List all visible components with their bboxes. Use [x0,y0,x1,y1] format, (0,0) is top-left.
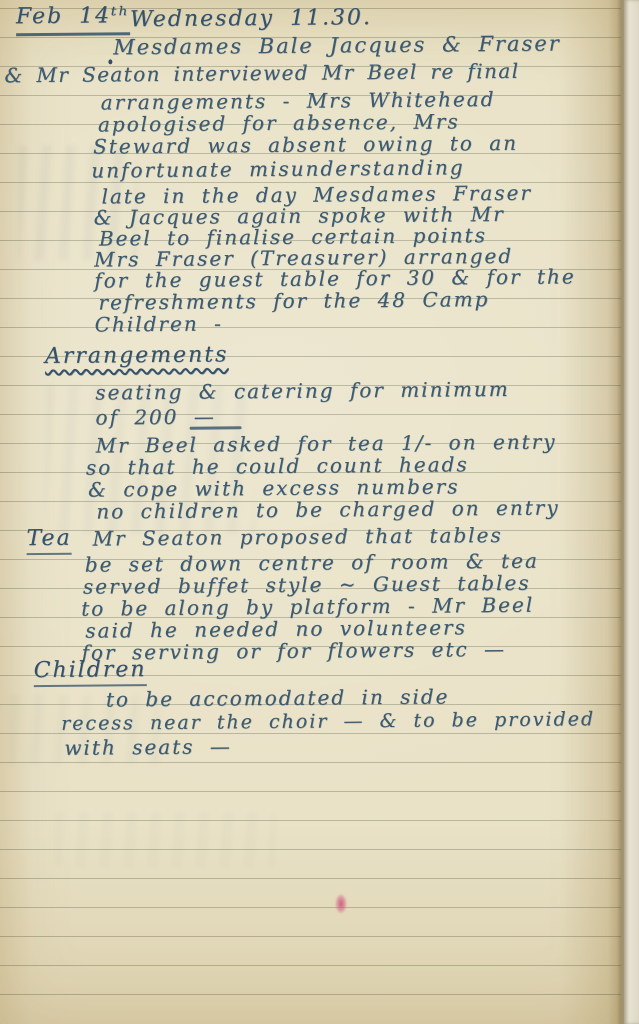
minutes-line: & Mr Seaton interviewed Mr Beel re final [4,60,519,86]
attendees-line: Mesdames Bale Jacques & Fraser [113,32,561,58]
page-edge-crease [608,0,624,1024]
minutes-line: unfortunate misunderstanding [91,156,464,181]
minutes-line: of 200 — [95,405,216,428]
minutes-line: no children to be charged on entry [96,496,559,522]
scanned-notebook-page: { "meta": { "kind": "handwritten meeting… [0,0,639,1024]
heading-children: Children [34,659,147,682]
minutes-line: refreshments for the 48 Camp [98,288,489,313]
heading-children-text: Children [34,657,147,687]
paper-page: Feb 14ᵗʰ Wednesday 11.30. Mesdames Bale … [0,0,621,1024]
dash-mark [190,426,242,429]
minutes-line: to be accomodated in side [106,685,450,710]
heading-arrangements: Arrangements [45,344,229,368]
minutes-line: Mr Seaton proposed that tables [92,524,502,550]
date-heading: Feb 14ᵗʰ [16,5,130,28]
minutes-line: Children - [95,312,223,335]
handwriting-layer: Feb 14ᵗʰ Wednesday 11.30. Mesdames Bale … [0,0,630,1024]
minutes-line: recess near the choir — & to be provided [61,708,595,735]
underlying-page-edge [624,0,639,1024]
date-text: Feb 14ᵗʰ [16,3,130,36]
minutes-line: with seats — [64,735,232,758]
minutes-line: Steward was absent owing to an [93,132,518,158]
minutes-line: seating & catering for minimum [95,378,510,404]
heading-tea: Tea [26,528,71,550]
pink-ink-stain [333,893,349,920]
day-time: Wednesday 11.30. [130,7,372,31]
heading-tea-text: Tea [26,526,71,555]
